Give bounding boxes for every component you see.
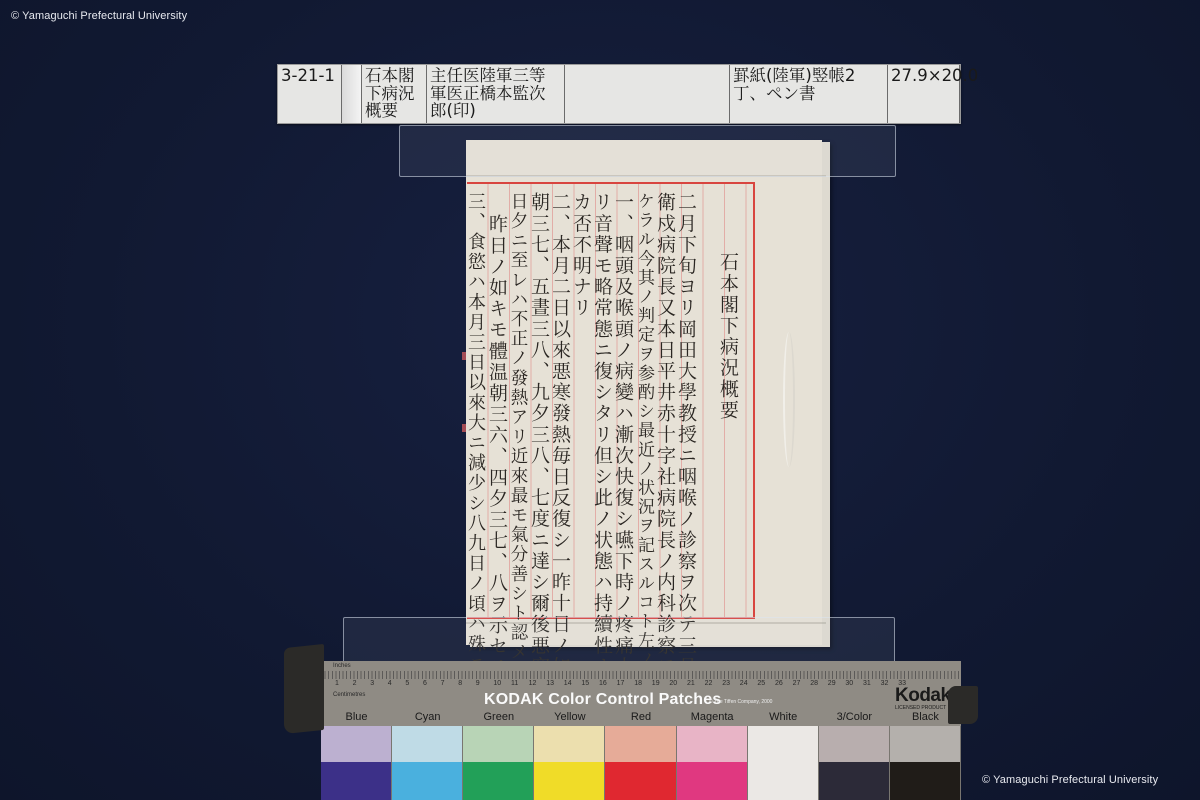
patch-dark bbox=[321, 762, 391, 800]
copyright-bottom-right: © Yamaguchi Prefectural University bbox=[982, 774, 1158, 786]
ruler-ticks bbox=[321, 671, 961, 679]
patch-light bbox=[534, 726, 604, 762]
patch-label: Cyan bbox=[392, 711, 463, 725]
cm-tick-label: 4 bbox=[388, 680, 392, 687]
card-copyright: © The Tiffen Company, 2000 bbox=[709, 699, 772, 705]
card-title: KODAK Color Control Patches bbox=[484, 691, 721, 709]
cm-tick-label: 18 bbox=[634, 680, 642, 687]
cm-tick-label: 30 bbox=[845, 680, 853, 687]
color-patch-yellow bbox=[534, 726, 605, 800]
patch-light bbox=[890, 726, 960, 762]
inches-label: Inches bbox=[333, 663, 351, 669]
patch-dark bbox=[605, 762, 675, 800]
cm-tick-label: 22 bbox=[705, 680, 713, 687]
patch-light bbox=[748, 726, 818, 762]
label-size: 27.9×20.0 bbox=[888, 65, 960, 123]
patch-label: White bbox=[748, 711, 819, 725]
patch-light bbox=[819, 726, 889, 762]
cm-tick-label: 26 bbox=[775, 680, 783, 687]
catalog-label: 3-21-1 石本閣 下病況 概要 主任医陸軍三等 軍医正橋本監次 郎(印) 罫… bbox=[277, 64, 961, 124]
cm-tick-label: 2 bbox=[353, 680, 357, 687]
label-id: 3-21-1 bbox=[278, 65, 342, 123]
cm-tick-label: 7 bbox=[441, 680, 445, 687]
label-material: 罫紙(陸軍)竪帳2 丁、ペン書 bbox=[730, 65, 888, 123]
cm-tick-label: 32 bbox=[881, 680, 889, 687]
cm-tick-label: 11 bbox=[511, 680, 518, 687]
color-patch-white bbox=[748, 726, 819, 800]
patch-light bbox=[677, 726, 747, 762]
cm-tick-label: 13 bbox=[546, 680, 554, 687]
seal-mark bbox=[462, 424, 466, 432]
cm-tick-label: 20 bbox=[669, 680, 677, 687]
ruler: Inches 123456789101112131415161718192021… bbox=[321, 661, 961, 695]
label-author: 主任医陸軍三等 軍医正橋本監次 郎(印) bbox=[427, 65, 565, 123]
document-title: 石本閣下病況概要 bbox=[717, 252, 738, 421]
kodak-color-card: Inches 123456789101112131415161718192021… bbox=[321, 661, 961, 800]
color-patch-black bbox=[890, 726, 961, 800]
patch-dark bbox=[534, 762, 604, 800]
patch-label: Yellow bbox=[534, 711, 605, 725]
color-patch-cyan bbox=[392, 726, 463, 800]
cm-tick-label: 8 bbox=[458, 680, 462, 687]
cm-tick-label: 15 bbox=[581, 680, 589, 687]
cm-tick-label: 3 bbox=[370, 680, 374, 687]
text-column-10: 昨日ノ如キモ體温朝三六、四夕三七、八ヲ示セリ bbox=[486, 214, 507, 678]
text-column-6: カ否不明ナリ bbox=[570, 192, 591, 319]
cm-tick-label: 24 bbox=[740, 680, 748, 687]
cm-tick-label: 25 bbox=[757, 680, 765, 687]
patch-label: Blue bbox=[321, 711, 392, 725]
color-patch-magenta bbox=[677, 726, 748, 800]
cm-tick-label: 6 bbox=[423, 680, 427, 687]
copyright-top-left: © Yamaguchi Prefectural University bbox=[11, 10, 187, 22]
patch-dark bbox=[463, 762, 533, 800]
cm-tick-label: 1 bbox=[335, 680, 339, 687]
cm-tick-label: 21 bbox=[687, 680, 695, 687]
kodak-logo: Kodak bbox=[895, 685, 951, 707]
patch-light bbox=[321, 726, 391, 762]
color-patch-3-color bbox=[819, 726, 890, 800]
cm-tick-label: 10 bbox=[493, 680, 501, 687]
patch-label: 3/Color bbox=[819, 711, 890, 725]
patch-label: Red bbox=[605, 711, 676, 725]
patch-dark bbox=[677, 762, 747, 800]
cm-tick-label: 31 bbox=[863, 680, 871, 687]
cm-tick-label: 28 bbox=[810, 680, 818, 687]
binding-string bbox=[783, 332, 795, 467]
cm-tick-label: 16 bbox=[599, 680, 607, 687]
cm-label: Centimetres bbox=[333, 692, 365, 698]
patch-label: Green bbox=[463, 711, 534, 725]
cm-tick-label: 9 bbox=[476, 680, 480, 687]
patch-light bbox=[463, 726, 533, 762]
patch-light bbox=[605, 726, 675, 762]
cm-tick-label: 27 bbox=[793, 680, 801, 687]
cm-tick-label: 29 bbox=[828, 680, 836, 687]
cm-tick-label: 12 bbox=[529, 680, 537, 687]
cm-tick-label: 19 bbox=[652, 680, 660, 687]
color-patch-blue bbox=[321, 726, 392, 800]
cm-tick-label: 5 bbox=[405, 680, 409, 687]
plastic-holder-top bbox=[399, 125, 896, 177]
label-spacer bbox=[342, 65, 362, 123]
patch-dark bbox=[819, 762, 889, 800]
patch-label: Magenta bbox=[677, 711, 748, 725]
tape-right bbox=[948, 686, 978, 724]
ruled-frame: 石本閣下病況概要 二月下旬ヨリ岡田大學教授ニ咽喉ノ診察ヲ次テ三月九日本堂 衛戍病… bbox=[467, 182, 755, 619]
color-patch-green bbox=[463, 726, 534, 800]
label-title: 石本閣 下病況 概要 bbox=[362, 65, 427, 123]
patch-labels: BlueCyanGreenYellowRedMagentaWhite3/Colo… bbox=[321, 711, 961, 725]
patch-light bbox=[392, 726, 462, 762]
cm-tick-label: 23 bbox=[722, 680, 730, 687]
patch-dark bbox=[392, 762, 462, 800]
cm-tick-label: 17 bbox=[617, 680, 625, 687]
cm-tick-label: 14 bbox=[564, 680, 572, 687]
patch-dark bbox=[890, 762, 960, 800]
color-patch-red bbox=[605, 726, 676, 800]
label-date bbox=[565, 65, 730, 123]
seal-mark bbox=[462, 352, 466, 360]
patch-dark bbox=[748, 762, 818, 800]
tape-left bbox=[284, 644, 324, 734]
color-patches bbox=[321, 726, 961, 800]
